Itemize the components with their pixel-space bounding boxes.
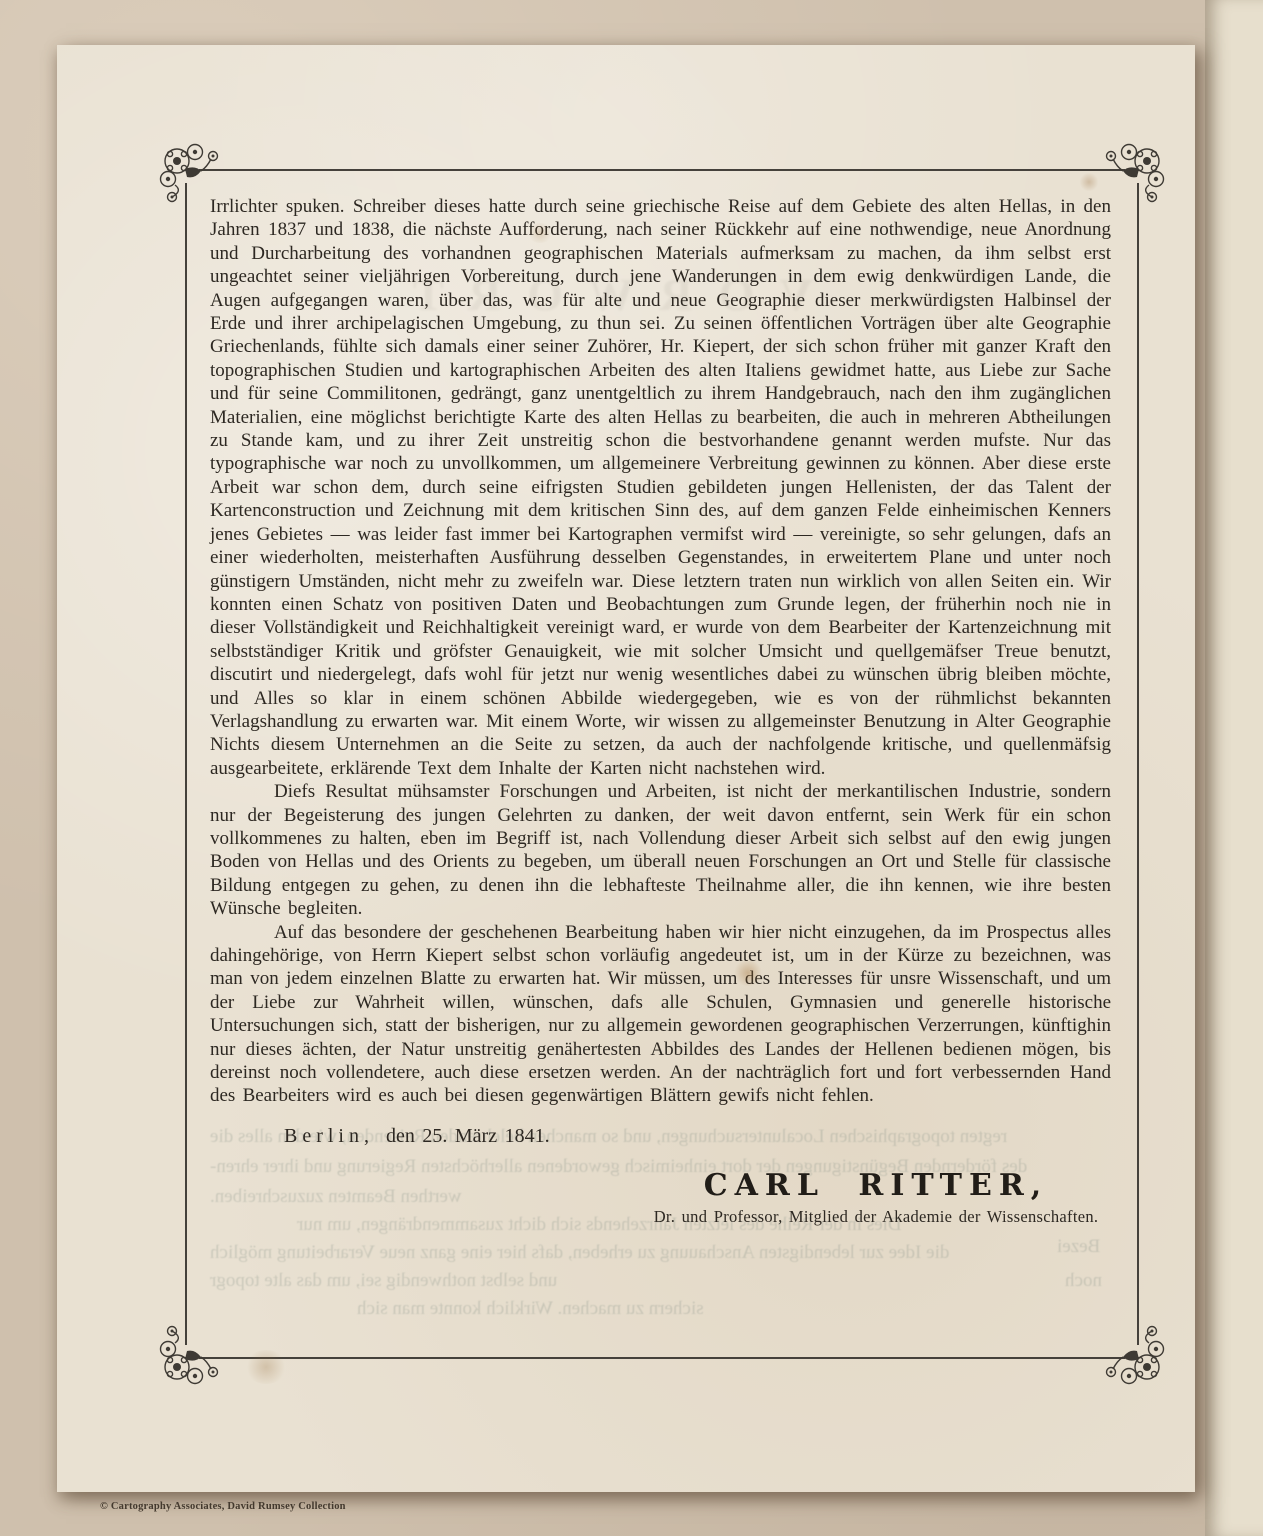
collection-credit: © Cartography Associates, David Rumsey C… — [100, 1501, 346, 1512]
dateline-date: den 25. März 1841. — [386, 1125, 550, 1147]
scanner-background: VORWORT regten topographischen Localunte… — [0, 0, 1263, 1536]
signature-name: CARL RITTER, — [641, 1174, 1111, 1197]
body-paragraph-1: Irrlichter spuken. Schreiber dieses hatt… — [210, 195, 1111, 780]
frame-rule-bottom — [199, 1357, 1125, 1359]
body-paragraph-3: Auf das besondere der geschehenen Bearbe… — [210, 921, 1111, 1108]
signature-block: CARL RITTER, Dr. und Professor, Mitglied… — [641, 1174, 1111, 1228]
corner-fleuron-icon — [155, 1319, 225, 1389]
dateline-place: Berlin, — [284, 1125, 374, 1147]
corner-fleuron-icon — [1099, 1319, 1169, 1389]
text-column: Irrlichter spuken. Schreiber dieses hatt… — [210, 195, 1111, 1228]
document-sheet: VORWORT regten topographischen Localunte… — [57, 45, 1195, 1492]
frame-rule-right — [1137, 183, 1139, 1345]
body-paragraph-2: Diefs Resultat mühsamster Forschungen un… — [210, 780, 1111, 920]
dateline: Berlin,den 25. März 1841. — [210, 1125, 1111, 1148]
signature-title: Dr. und Professor, Mitglied der Akademie… — [641, 1205, 1111, 1228]
underlying-page-edge — [1205, 0, 1263, 1536]
frame-rule-left — [185, 183, 187, 1345]
frame-rule-top — [199, 169, 1125, 171]
